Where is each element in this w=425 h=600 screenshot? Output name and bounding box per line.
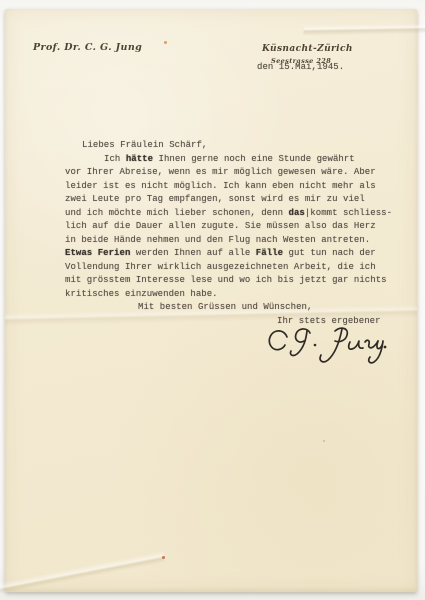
salutation: Liebes Fräulein Schärf, [60,139,390,153]
letter-body: Liebes Fräulein Schärf,Ich hätte Ihnen g… [60,139,390,328]
body-line: kritisches einzuwenden habe. [60,288,390,302]
body-line: Vollendung Ihrer wirklich ausgezeichnete… [60,261,390,275]
letter-paper: Prof. Dr. C. G. Jung Küsnacht-Zürich See… [5,9,417,592]
body-line: Etwas Ferien werden Ihnen auf alle Fälle… [60,247,390,261]
body-line: leider ist es nicht möglich. Ich kann eb… [60,180,390,194]
body-line: mit grösstem Interesse lese und wo ich b… [60,274,390,288]
letterhead-place: Küsnacht-Zürich [262,44,353,54]
letter-photo: Prof. Dr. C. G. Jung Küsnacht-Zürich See… [0,0,425,600]
body-line: Ich hätte Ihnen gerne noch eine Stunde g… [60,153,390,167]
closing-line: Mit besten Grüssen und Wünschen, [60,301,390,315]
signature [263,320,387,368]
paper-speck [164,41,167,44]
paper-speck [162,556,165,559]
paper-crease-bottom-left [0,547,166,597]
body-line: lich auf die Dauer allen zugute. Sie müs… [60,220,390,234]
paper-speck [323,440,325,442]
body-line: in beide Hände nehmen und den Flug nach … [60,234,390,248]
date-line: den 15.Mai,1945. [257,62,344,72]
letterhead-sender: Prof. Dr. C. G. Jung [33,42,142,53]
body-line: vor Ihrer Abreise, wenn es mir möglich g… [60,166,390,180]
body-line: zwei Leute pro Tag empfangen, sonst wird… [60,193,390,207]
signature-script-icon [263,320,387,368]
body-line: und ich möchte mich lieber schonen, denn… [60,207,390,221]
